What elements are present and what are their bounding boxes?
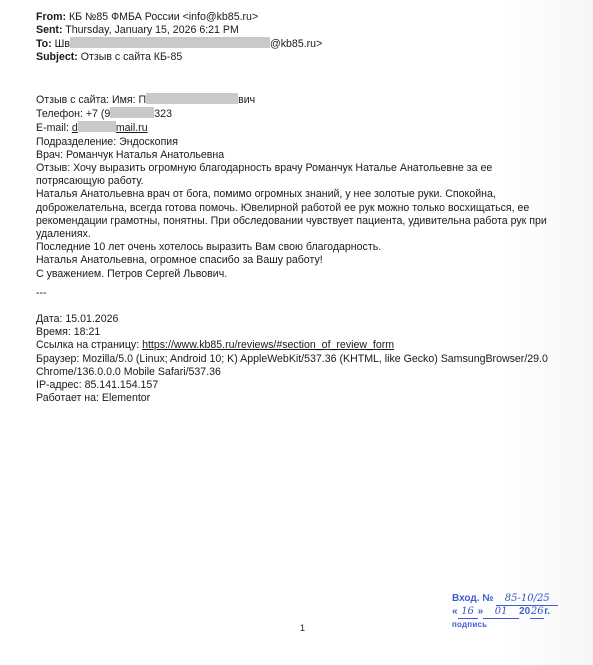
subject-label: Subject:	[36, 51, 78, 63]
email-suffix: mail.ru	[116, 122, 148, 134]
stamp-year-prefix: 20	[519, 606, 530, 617]
sent-label: Sent:	[36, 24, 62, 36]
to-row: To: Шв@kb85.ru>	[36, 37, 556, 50]
browser-line-2: Chrome/136.0.0.0 Mobile Safari/537.36	[36, 366, 576, 379]
stamp-day: 16	[458, 606, 478, 619]
stamp-incoming-number: 85-10/25	[496, 593, 558, 606]
email-header: From: КБ №85 ФМБА России <info@kb85.ru> …	[36, 11, 556, 64]
incoming-stamp: Вход. № 85-10/25 «16»012026г. подпись	[452, 593, 587, 631]
review-text: Отзыв: Хочу выразить огромную благодарно…	[36, 162, 556, 188]
subject-row: Subject: Отзыв с сайта КБ-85	[36, 51, 556, 64]
sent-value: Thursday, January 15, 2026 6:21 PM	[65, 24, 239, 36]
page-number: 1	[300, 622, 305, 635]
email-label: E-mail:	[36, 122, 72, 134]
time-line: Время: 18:21	[36, 326, 576, 339]
separator: ---	[36, 287, 47, 300]
review-paragraph: Наталья Анатольевна врач от бога, помимо…	[36, 188, 556, 241]
gratitude-line: Последние 10 лет очень хотелось выразить…	[36, 241, 556, 254]
to-label: To:	[36, 38, 52, 50]
stamp-number-row: Вход. № 85-10/25	[452, 593, 587, 606]
scanned-document-page: From: КБ №85 ФМБА России <info@kb85.ru> …	[0, 0, 593, 665]
stamp-month: 01	[483, 606, 519, 619]
signature-line: С уважением. Петров Сергей Львович.	[36, 268, 556, 281]
stamp-date-row: «16»012026г.	[452, 606, 587, 619]
sent-row: Sent: Thursday, January 15, 2026 6:21 PM	[36, 24, 556, 37]
redaction-bar	[146, 93, 238, 104]
stamp-year-suffix: 26	[530, 606, 544, 619]
redaction-bar	[78, 121, 116, 132]
review-body: Отзыв с сайта: Имя: Пвич Телефон: +7 (93…	[36, 93, 556, 281]
browser-line-1: Браузер: Mozilla/5.0 (Linux; Android 10;…	[36, 353, 576, 366]
redaction-bar	[110, 107, 154, 118]
ip-line: IP-адрес: 85.141.154.157	[36, 379, 576, 392]
name-label: Отзыв с сайта: Имя: П	[36, 94, 146, 106]
name-line: Отзыв с сайта: Имя: Пвич	[36, 93, 556, 107]
department-line: Подразделение: Эндоскопия	[36, 136, 556, 149]
powered-by-line: Работает на: Elementor	[36, 392, 576, 405]
page-link-line: Ссылка на страницу: https://www.kb85.ru/…	[36, 339, 576, 352]
phone-line: Телефон: +7 (9323	[36, 107, 556, 121]
from-row: From: КБ №85 ФМБА России <info@kb85.ru>	[36, 11, 556, 24]
name-suffix: вич	[238, 94, 255, 106]
stamp-year-end: г.	[544, 606, 550, 617]
subject-value: Отзыв с сайта КБ-85	[81, 51, 182, 63]
redaction-bar	[70, 37, 270, 48]
page-link[interactable]: https://www.kb85.ru/reviews/#section_of_…	[142, 339, 394, 351]
thanks-line: Наталья Анатольевна, огромное спасибо за…	[36, 254, 556, 267]
stamp-incoming-label: Вход. №	[452, 593, 493, 604]
email-line: E-mail: dmail.ru	[36, 121, 556, 135]
submission-metadata: Дата: 15.01.2026 Время: 18:21 Ссылка на …	[36, 313, 576, 405]
phone-suffix: 323	[154, 108, 172, 120]
from-value: КБ №85 ФМБА России <info@kb85.ru>	[69, 11, 258, 23]
from-label: From:	[36, 11, 66, 23]
doctor-line: Врач: Романчук Наталья Анатольевна	[36, 149, 556, 162]
stamp-signature-label: подпись	[452, 619, 587, 631]
to-suffix: @kb85.ru>	[270, 38, 322, 50]
phone-label: Телефон: +7 (9	[36, 108, 110, 120]
date-line: Дата: 15.01.2026	[36, 313, 576, 326]
to-prefix: Шв	[55, 38, 70, 50]
page-link-label: Ссылка на страницу:	[36, 339, 142, 351]
